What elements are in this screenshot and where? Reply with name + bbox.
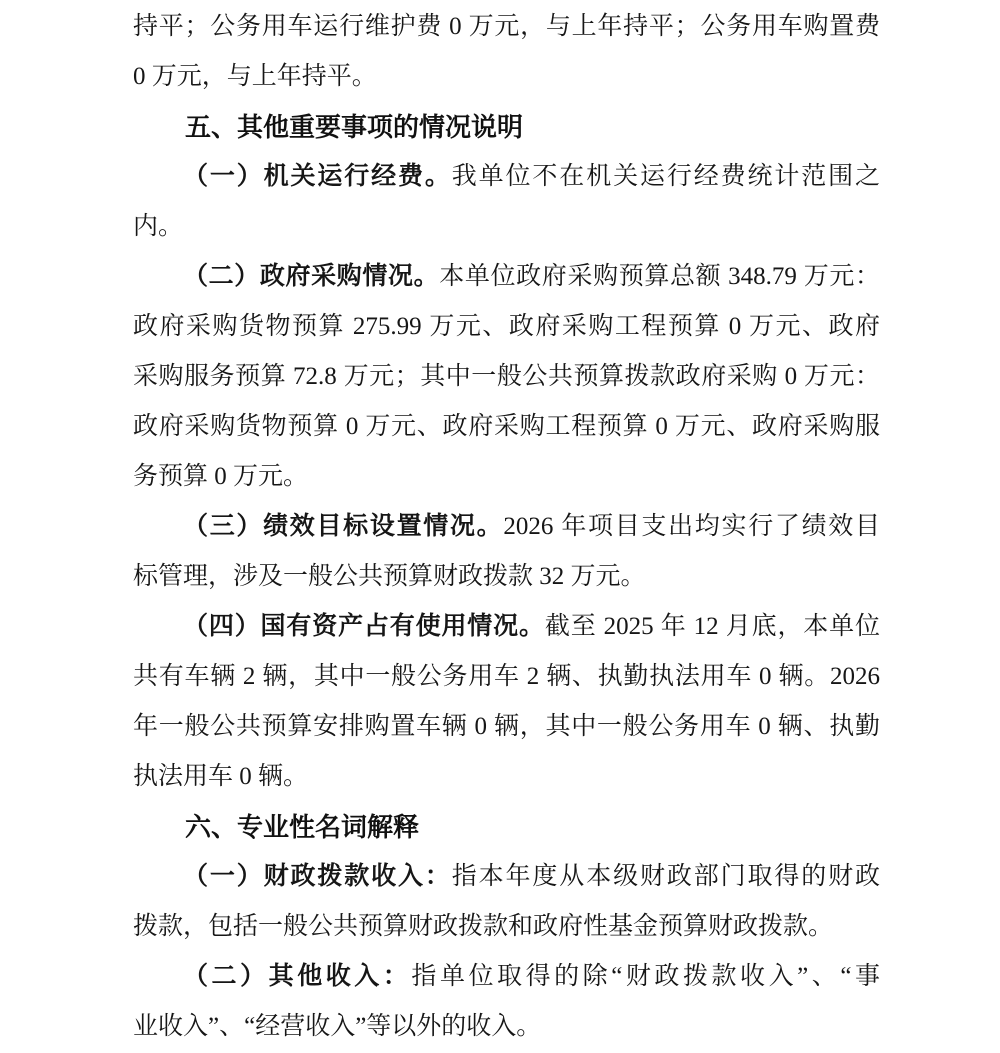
text-line: （四）国有资产占有使用情况。截至 2025 年 12 月底，本单位: [133, 602, 880, 652]
paragraph: （一）机关运行经费。我单位不在机关运行经费统计范围之内。: [133, 152, 880, 252]
text-segment: 指本年度从本级财政部门取得的财政: [452, 863, 880, 890]
text-segment: 政府采购货物预算 0 万元、政府采购工程预算 0 万元、政府采购服: [133, 413, 880, 440]
text-segment: 2026 年项目支出均实行了绩效目: [503, 513, 880, 540]
text-line: 年一般公共预算安排购置车辆 0 辆，其中一般公务用车 0 辆、执勤: [133, 702, 880, 752]
text-segment: 内。: [133, 213, 183, 240]
text-line: 务预算 0 万元。: [133, 452, 880, 502]
text-segment: 指单位取得的除“财政拨款收入”、“事: [411, 963, 880, 990]
text-line: （一）财政拨款收入：指本年度从本级财政部门取得的财政: [133, 852, 880, 902]
text-segment: 共有车辆 2 辆，其中一般公务用车 2 辆、执勤执法用车 0 辆。2026: [133, 663, 880, 690]
text-line: 内。: [133, 202, 880, 252]
paragraph: 持平；公务用车运行维护费 0 万元，与上年持平；公务用车购置费0 万元，与上年持…: [133, 2, 880, 102]
text-segment: 我单位不在机关运行经费统计范围之: [452, 163, 880, 190]
text-line: 政府采购货物预算 275.99 万元、政府采购工程预算 0 万元、政府: [133, 302, 880, 352]
text-line: （一）机关运行经费。我单位不在机关运行经费统计范围之: [133, 152, 880, 202]
text-line: （三）绩效目标设置情况。2026 年项目支出均实行了绩效目: [133, 502, 880, 552]
text-segment: 业收入”、“经营收入”等以外的收入。: [133, 1013, 541, 1040]
text-line: 标管理，涉及一般公共预算财政拨款 32 万元。: [133, 552, 880, 602]
text-segment: 0 万元，与上年持平。: [133, 63, 377, 90]
section-heading: 五、其他重要事项的情况说明: [133, 102, 880, 152]
text-segment: 务预算 0 万元。: [133, 463, 308, 490]
lead-in-label: （二）政府采购情况。: [183, 263, 439, 290]
lead-in-label: （一）机关运行经费。: [183, 163, 452, 190]
text-line: 执法用车 0 辆。: [133, 752, 880, 802]
lead-in-label: （一）财政拨款收入：: [183, 863, 452, 890]
paragraph: （二）其他收入：指单位取得的除“财政拨款收入”、“事业收入”、“经营收入”等以外…: [133, 952, 880, 1052]
document-content: 持平；公务用车运行维护费 0 万元，与上年持平；公务用车购置费0 万元，与上年持…: [133, 2, 880, 1052]
text-segment: 本单位政府采购预算总额 348.79 万元：: [439, 263, 880, 290]
text-segment: 采购服务预算 72.8 万元；其中一般公共预算拨款政府采购 0 万元：: [133, 363, 880, 390]
lead-in-label: （二）其他收入：: [183, 963, 411, 990]
paragraph: （一）财政拨款收入：指本年度从本级财政部门取得的财政拨款，包括一般公共预算财政拨…: [133, 852, 880, 952]
text-line: 拨款，包括一般公共预算财政拨款和政府性基金预算财政拨款。: [133, 902, 880, 952]
lead-in-label: （三）绩效目标设置情况。: [183, 513, 503, 540]
text-line: （二）其他收入：指单位取得的除“财政拨款收入”、“事: [133, 952, 880, 1002]
text-line: 业收入”、“经营收入”等以外的收入。: [133, 1002, 880, 1052]
text-segment: 标管理，涉及一般公共预算财政拨款 32 万元。: [133, 563, 646, 590]
text-segment: 持平；公务用车运行维护费 0 万元，与上年持平；公务用车购置费: [133, 13, 880, 40]
section-heading: 六、专业性名词解释: [133, 802, 880, 852]
document-page: 持平；公务用车运行维护费 0 万元，与上年持平；公务用车购置费0 万元，与上年持…: [0, 0, 1000, 1053]
text-segment: 执法用车 0 辆。: [133, 763, 308, 790]
text-segment: 政府采购货物预算 275.99 万元、政府采购工程预算 0 万元、政府: [133, 313, 880, 340]
paragraph: （四）国有资产占有使用情况。截至 2025 年 12 月底，本单位共有车辆 2 …: [133, 602, 880, 802]
text-segment: 年一般公共预算安排购置车辆 0 辆，其中一般公务用车 0 辆、执勤: [133, 713, 880, 740]
paragraph: （三）绩效目标设置情况。2026 年项目支出均实行了绩效目标管理，涉及一般公共预…: [133, 502, 880, 602]
text-line: 0 万元，与上年持平。: [133, 52, 880, 102]
text-line: 共有车辆 2 辆，其中一般公务用车 2 辆、执勤执法用车 0 辆。2026: [133, 652, 880, 702]
text-line: 采购服务预算 72.8 万元；其中一般公共预算拨款政府采购 0 万元：: [133, 352, 880, 402]
text-segment: 拨款，包括一般公共预算财政拨款和政府性基金预算财政拨款。: [133, 913, 833, 940]
text-segment: 截至 2025 年 12 月底，本单位: [545, 613, 880, 640]
paragraph: （二）政府采购情况。本单位政府采购预算总额 348.79 万元：政府采购货物预算…: [133, 252, 880, 502]
text-line: 政府采购货物预算 0 万元、政府采购工程预算 0 万元、政府采购服: [133, 402, 880, 452]
text-line: 持平；公务用车运行维护费 0 万元，与上年持平；公务用车购置费: [133, 2, 880, 52]
text-line: （二）政府采购情况。本单位政府采购预算总额 348.79 万元：: [133, 252, 880, 302]
lead-in-label: （四）国有资产占有使用情况。: [183, 613, 545, 640]
